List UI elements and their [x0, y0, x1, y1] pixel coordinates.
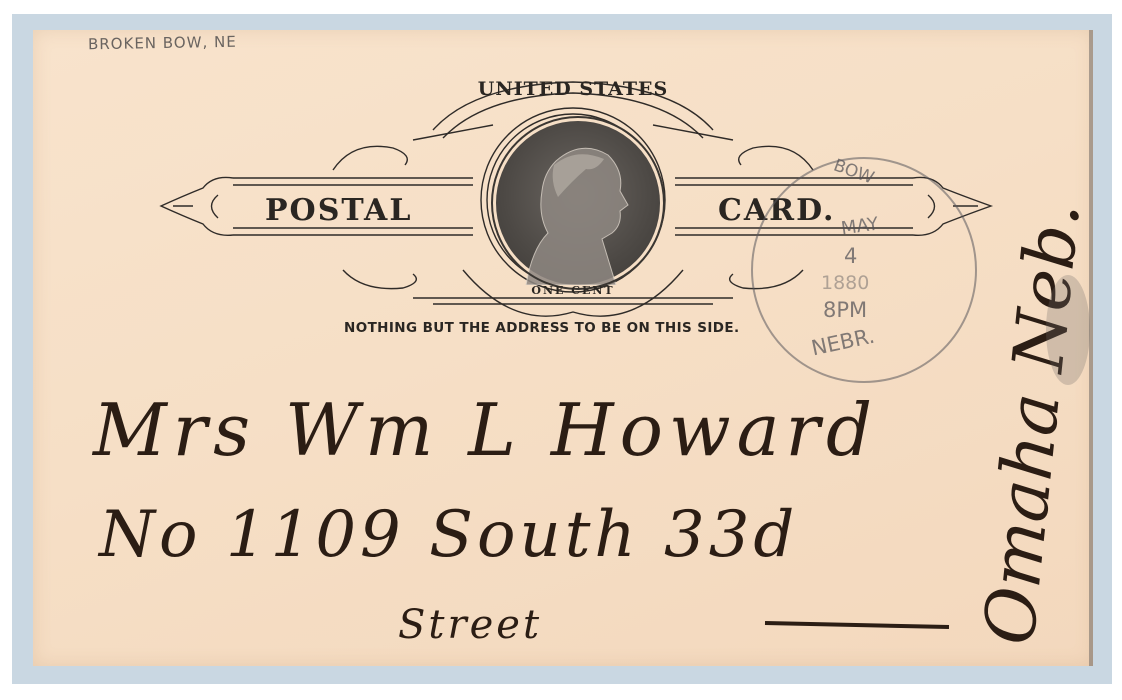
address-street-suffix: Street — [398, 602, 542, 648]
ink-smudge — [1033, 260, 1093, 400]
address-side-instruction: NOTHING BUT THE ADDRESS TO BE ON THIS SI… — [344, 320, 740, 336]
profile-silhouette-icon — [496, 121, 660, 285]
postmark-day: 4 — [844, 244, 857, 268]
title-postal: POSTAL — [265, 193, 412, 228]
header-united-states: UNITED STATES — [458, 78, 688, 100]
address-street: No 1109 South 33d — [99, 498, 798, 572]
jefferson-portrait-icon — [493, 118, 663, 288]
postal-card: BROKEN BOW, NE UNITED STATES — [33, 30, 1093, 666]
postmark-time: 8PM — [823, 298, 867, 322]
underline-stroke — [763, 615, 953, 635]
address-recipient: Mrs Wm L Howard — [93, 388, 878, 472]
denomination-one-cent: ONE CENT — [503, 284, 643, 297]
postmark-year: 1880 — [821, 272, 869, 294]
